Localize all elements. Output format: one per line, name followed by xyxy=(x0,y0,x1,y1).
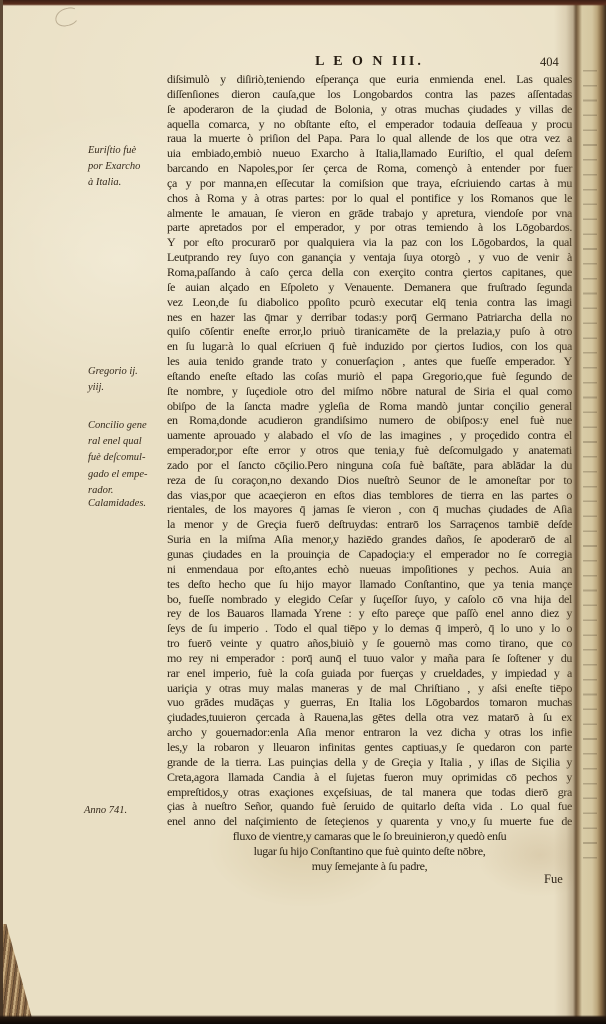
running-title: L E O N III. xyxy=(167,54,572,70)
margin-note-anno: Anno 741. xyxy=(84,803,174,819)
text-line: rientales, de los mayores q̄ jamas ſe vi… xyxy=(167,502,572,517)
text-line: raua la muerte ò priſion del Papa. Para … xyxy=(167,131,572,146)
text-line: enel anno del naſçimiento de ſeteçienos … xyxy=(167,814,572,829)
text-line: ſe auian alçado en Eſpoleto y Venauente.… xyxy=(167,280,572,295)
text-line: çiudades,tuuieron çercada à Rauena,las g… xyxy=(167,710,572,725)
margin-note-line: por Exarcho xyxy=(88,159,168,175)
text-line: zado por el ſancto cōçilio.Pero ninguna … xyxy=(167,458,572,473)
page-paper: L E O N III. 404 Euriſtio fuèpor Exarcho… xyxy=(0,0,606,1024)
text-line: uia embiado,embiò nueuo Exarcho à Italia… xyxy=(167,146,572,161)
margin-note-calamidades: Calamidades. xyxy=(88,496,168,512)
text-line: bo, fueſſe nombrado y elegido Ceſar y ſu… xyxy=(167,592,572,607)
text-line: Suria en la miſma Aſia menor,y haziēdo g… xyxy=(167,532,572,547)
margin-note-line: ral enel qual xyxy=(88,434,168,450)
text-line: ſte nombre, y ſuçediole otro del miſmo n… xyxy=(167,384,572,399)
text-line: diſſenſiones dieron cauſa,que los Longob… xyxy=(167,87,572,102)
scan-edge-bottom xyxy=(0,1015,606,1024)
text-line: Creta,agora llamada Candia à el ſujetas … xyxy=(167,770,572,785)
margin-note-line: à Italia. xyxy=(88,175,168,191)
book-page-scan: L E O N III. 404 Euriſtio fuèpor Exarcho… xyxy=(0,0,606,1024)
text-line: barcando en Napoles,por ſer çerca de Rom… xyxy=(167,161,572,176)
margin-note-line: Anno 741. xyxy=(84,803,174,819)
text-line: nes en hazer las q̄mar y derribar todas:… xyxy=(167,310,572,325)
margin-note-concilio: Concilio general enel qualfuè deſcomul-g… xyxy=(88,418,168,499)
scan-edge-left xyxy=(0,0,3,1024)
text-line: mo rey ni emperador : porq̄ aunq̄ el tuu… xyxy=(167,651,572,666)
text-line: gunas çiudades en la prouinçia de Capado… xyxy=(167,547,572,562)
text-line: fluxo de vientre,y camaras que le ſo bre… xyxy=(167,829,572,844)
text-line: çias à nueſtro Señor, quando fuè ſeruido… xyxy=(167,799,572,814)
text-line: en ſu lugar:à lo qual eſcriuen q̄ fuè in… xyxy=(167,339,572,354)
margin-note-line: gado el empe- xyxy=(88,467,168,483)
text-line: Leutprando rey ſuyo con ganançia y venta… xyxy=(167,250,572,265)
margin-note-line: yiij. xyxy=(88,380,168,396)
text-line: ſeys de ſu imperio . Todo el qual tiēpo … xyxy=(167,621,572,636)
text-line: ni enmendaua por eſto,antes echò nueuas … xyxy=(167,562,572,577)
margin-note-line: fuè deſcomul- xyxy=(88,450,168,466)
text-line: Roma,paſſando à caſo çerca della con exe… xyxy=(167,265,572,280)
text-line: uamente aprouado y alabado el vſo de las… xyxy=(167,428,572,443)
text-line: en Roma,donde acudieron grandiſsimo nume… xyxy=(167,413,572,428)
text-line: aquella comarca, y no obſtante eſto, el … xyxy=(167,117,572,132)
margin-note-line: Gregorio ij. xyxy=(88,364,168,380)
text-line: diſsimulò y diſiriò,teniendo eſperança q… xyxy=(167,72,572,87)
page-curl-right-edge xyxy=(554,0,606,1017)
text-line: obiſpo de la ſancta madre ygleſia de Rom… xyxy=(167,399,572,414)
text-line: ça y por manna,en eſſecutar la comiſsion… xyxy=(167,176,572,191)
text-line: tes deſto hecho que ſu hijo mayor llamad… xyxy=(167,577,572,592)
text-line: muy ſemejante à ſu padre, xyxy=(167,859,572,874)
margin-note-euristio: Euriſtio fuèpor Exarchoà Italia. xyxy=(88,143,168,192)
text-line: grande de la tierra. Las puinçias della … xyxy=(167,755,572,770)
body-text: diſsimulò y diſiriò,teniendo eſperança q… xyxy=(167,72,572,874)
text-line: empreſtidos,y otras exaçiones exçeſsiuas… xyxy=(167,785,572,800)
text-line: eſtando eneſte eſtado las coſas muriò el… xyxy=(167,369,572,384)
text-line: parte apretados por el emperador, y por … xyxy=(167,220,572,235)
next-page-text-sliver xyxy=(583,70,597,867)
text-line: rey de los Bauaros llamada Yrene : y eſt… xyxy=(167,606,572,621)
text-line: vez Leon,de ſu diabolico ppoſito pcurò e… xyxy=(167,295,572,310)
text-line: les auia tenido grande trato y conuerſaç… xyxy=(167,354,572,369)
text-line: reza de ſu coraçon,no dexando Dios nueſt… xyxy=(167,473,572,488)
margin-note-line: Calamidades. xyxy=(88,496,168,512)
text-line: rar enel imperio, fuè la coſa guiada por… xyxy=(167,666,572,681)
margin-note-line: Euriſtio fuè xyxy=(88,143,168,159)
text-line: uariçia y otras muy malas maneras y de m… xyxy=(167,681,572,696)
text-line: almente le amauan, ſe vieron en grāde tr… xyxy=(167,206,572,221)
text-line: quiſo cōſentir eneſte error,lo priuò tir… xyxy=(167,324,572,339)
text-line: ſe apoderaron de la çiudad de Bolonia, y… xyxy=(167,102,572,117)
margin-note-gregorio: Gregorio ij.yiij. xyxy=(88,364,168,396)
scan-edge-top xyxy=(0,0,606,6)
pencil-squiggle-mark xyxy=(53,6,80,29)
text-line: chos à Roma y à otras partes: por lo qua… xyxy=(167,191,572,206)
text-line: tro fuerō veinte y quatro años,biuiò y ſ… xyxy=(167,636,572,651)
text-line: archo y gouernador:enla Aſia menor entra… xyxy=(167,725,572,740)
text-line: lugar ſu hijo Conſtantino que fuè quinto… xyxy=(167,844,572,859)
text-line: Y por eſto procurarō por qualquiera via … xyxy=(167,235,572,250)
text-line: vuo grādes mudāças y guerras, En Italia … xyxy=(167,695,572,710)
text-line: les,y la robaron y lleuaron infinitas ge… xyxy=(167,740,572,755)
text-line: emperador,por eſte error y otros que ten… xyxy=(167,443,572,458)
margin-note-line: Concilio gene xyxy=(88,418,168,434)
text-line: la menor y de Greçia fuerō deſtruydas: e… xyxy=(167,517,572,532)
text-line: das vias,por que acaeçieron en eſtos dia… xyxy=(167,488,572,503)
